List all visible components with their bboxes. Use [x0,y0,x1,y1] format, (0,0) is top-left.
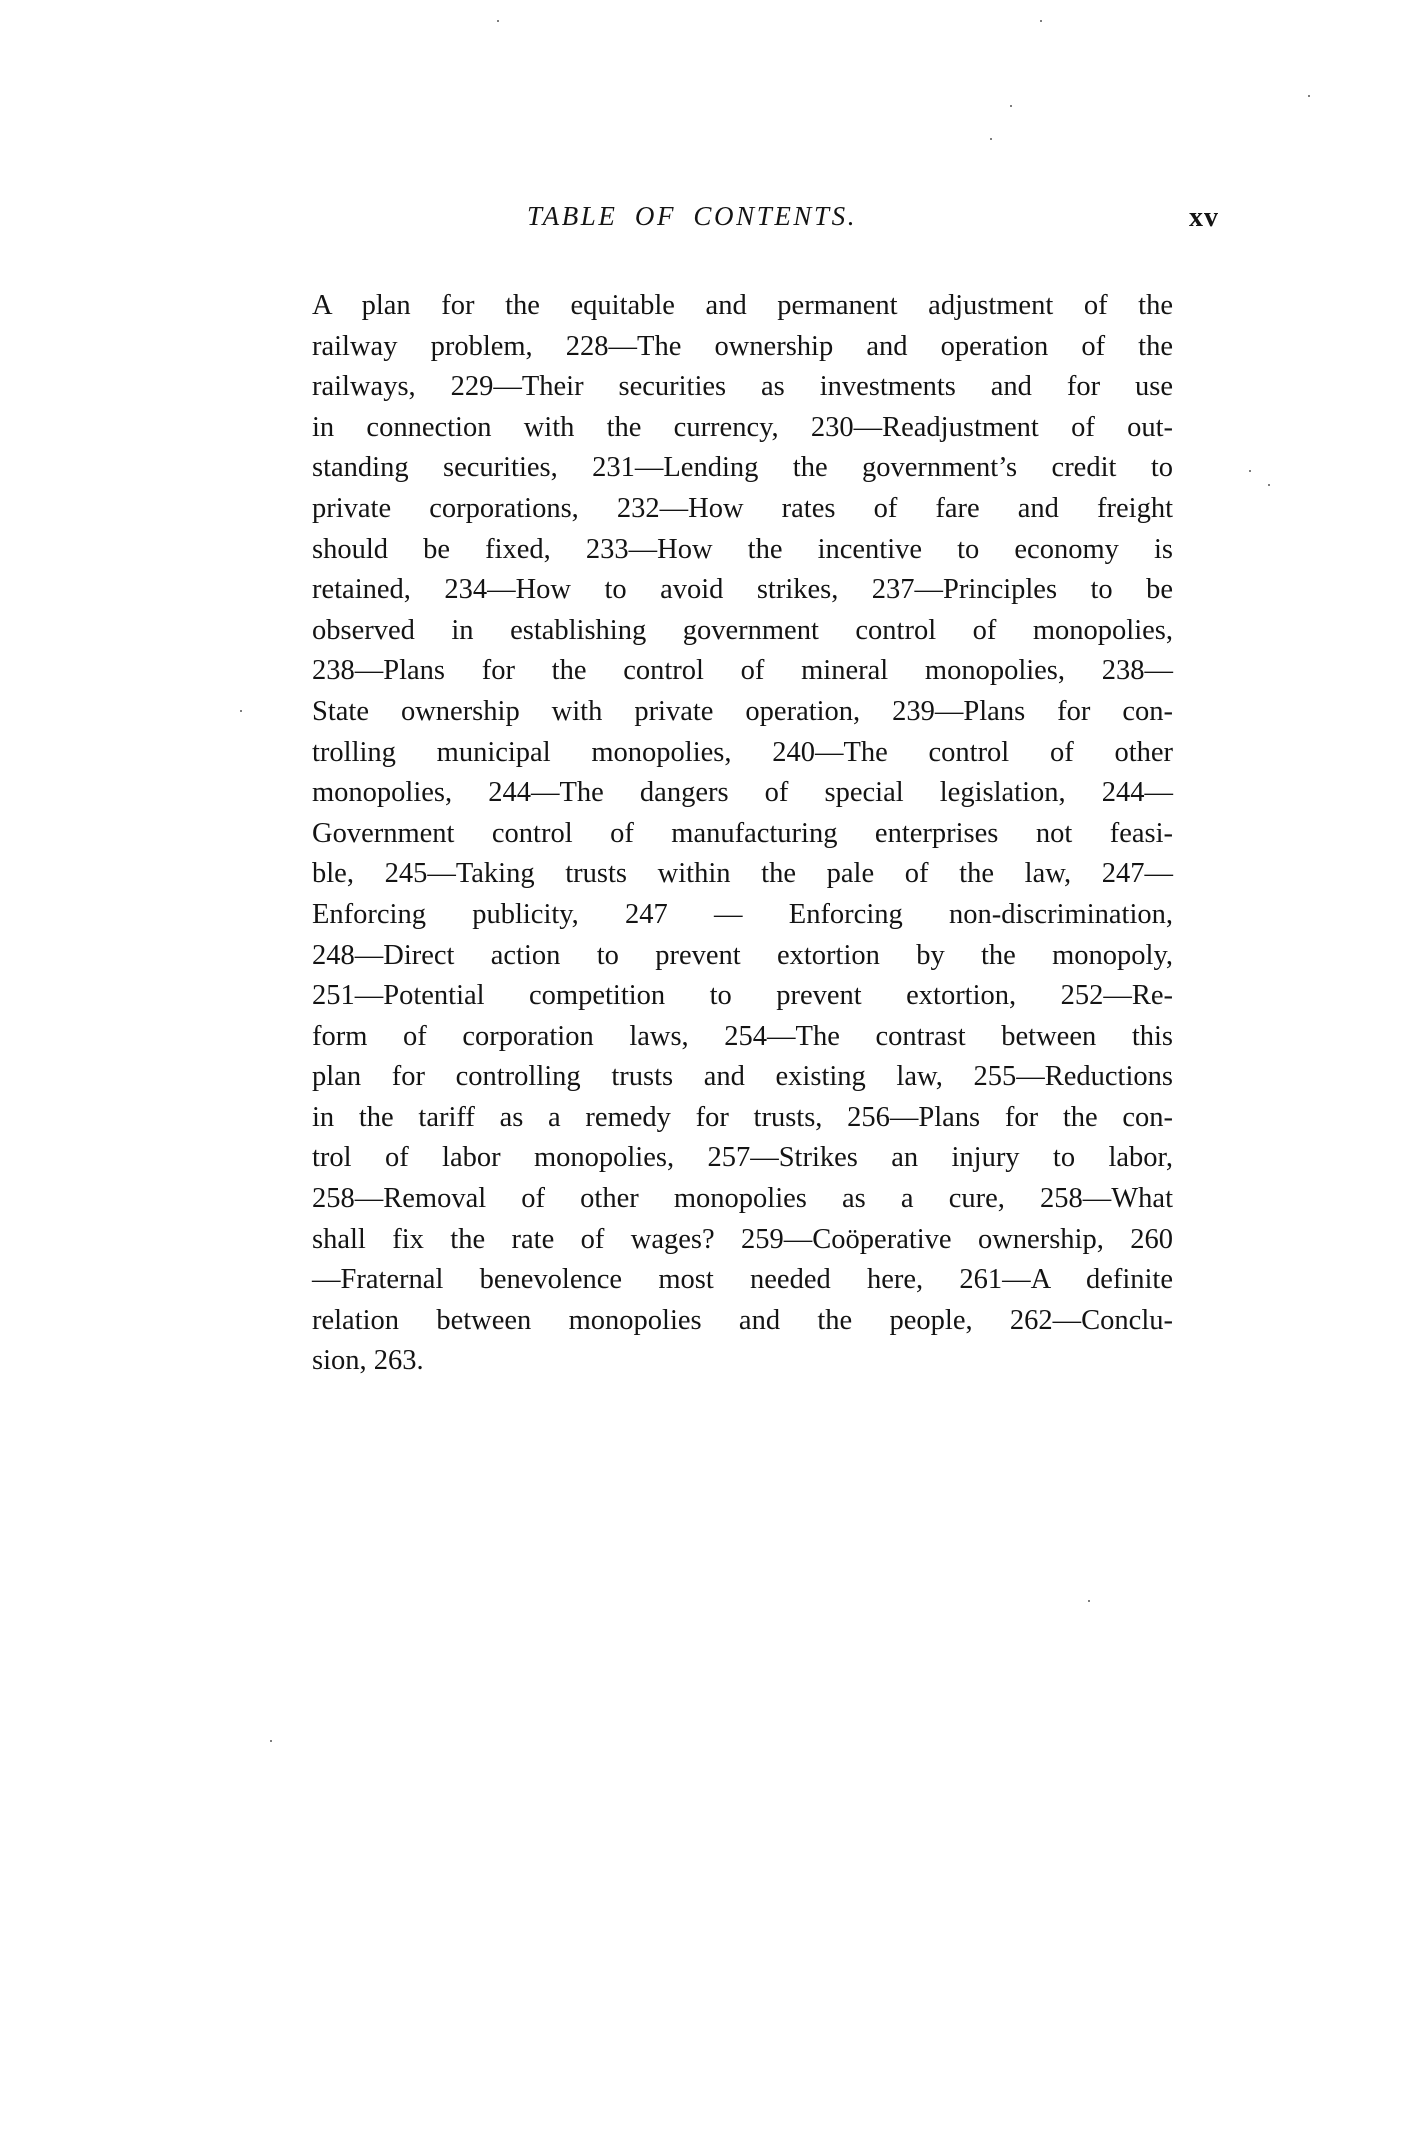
text-line: trolling municipal monopolies, 240—The c… [312,733,1173,774]
text-line: relation between monopolies and the peop… [312,1301,1173,1342]
contents-paragraph: A plan for the equitable and permanent a… [312,286,1173,1382]
text-line: plan for controlling trusts and existing… [312,1057,1173,1098]
scan-speck [497,20,499,22]
text-line: railways, 229—Their securities as invest… [312,367,1173,408]
text-line: 238—Plans for the control of mineral mon… [312,651,1173,692]
text-line: should be fixed, 233—How the incentive t… [312,530,1173,571]
text-line: sion, 263. [312,1341,1173,1382]
scan-speck [1088,1600,1090,1602]
text-line: retained, 234—How to avoid strikes, 237—… [312,570,1173,611]
scan-speck [240,710,242,712]
text-line: A plan for the equitable and permanent a… [312,286,1173,327]
text-line: observed in establishing government cont… [312,611,1173,652]
text-line: 251—Potential competition to prevent ext… [312,976,1173,1017]
scan-speck [1010,105,1012,107]
text-line: private corporations, 232—How rates of f… [312,489,1173,530]
text-line: form of corporation laws, 254—The contra… [312,1017,1173,1058]
scan-speck [1040,20,1042,22]
text-line: Enforcing publicity, 247 — Enforcing non… [312,895,1173,936]
scan-speck [1249,470,1251,472]
scan-speck [1308,95,1310,97]
running-head: TABLE OF CONTENTS. [527,198,963,234]
text-line: Government control of manufacturing ente… [312,814,1173,855]
scan-speck [270,1740,272,1742]
text-line: —Fraternal benevolence most needed here,… [312,1260,1173,1301]
text-line: in connection with the currency, 230—Rea… [312,408,1173,449]
text-line: monopolies, 244—The dangers of special l… [312,773,1173,814]
text-line: ble, 245—Taking trusts within the pale o… [312,854,1173,895]
text-line: in the tariff as a remedy for trusts, 25… [312,1098,1173,1139]
text-line: railway problem, 228—The ownership and o… [312,327,1173,368]
scan-speck [990,138,992,140]
text-line: 258—Removal of other monopolies as a cur… [312,1179,1173,1220]
text-line: trol of labor monopolies, 257—Strikes an… [312,1138,1173,1179]
text-line: 248—Direct action to prevent extortion b… [312,936,1173,977]
text-line: standing securities, 231—Lending the gov… [312,448,1173,489]
text-line: shall fix the rate of wages? 259—Coöpera… [312,1220,1173,1261]
scan-speck [1268,484,1270,486]
text-line: State ownership with private operation, … [312,692,1173,733]
page-number: xv [1189,200,1219,236]
